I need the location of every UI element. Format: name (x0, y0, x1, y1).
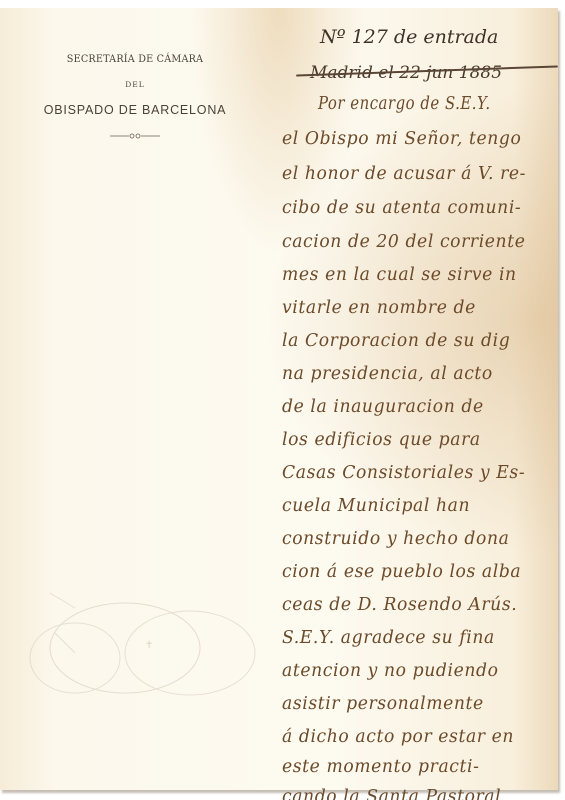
body-line: cacion de 20 del corriente (282, 232, 552, 252)
entry-number: Nº 127 de entrada (320, 26, 565, 48)
body-line: atencion y no pudiendo (282, 661, 552, 681)
body-line: asistir personalmente (282, 694, 552, 714)
body-line: Por encargo de S.E.Y. (318, 94, 552, 114)
svg-text:✝: ✝ (145, 640, 153, 651)
letterhead-del: DEL (20, 80, 250, 89)
body-line: S.E.Y. agradece su fina (282, 628, 552, 648)
letterhead-obispado: OBISPADO DE BARCELONA (20, 103, 250, 117)
body-line: el honor de acusar á V. re- (282, 164, 552, 184)
letterhead-secretaria: SECRETARÍA DE CÁMARA (29, 53, 241, 65)
body-line: construido y hecho dona (282, 529, 552, 549)
body-line: cuela Municipal han (282, 496, 552, 516)
body-line: ceas de D. Rosendo Arús. (282, 595, 552, 615)
body-line: Casas Consistoriales y Es- (282, 463, 552, 483)
faint-seal-stamp-icon: ✝ (15, 578, 265, 708)
body-line: mes en la cual se sirve in (282, 265, 552, 285)
body-line: cando la Santa Pastoral (282, 787, 552, 800)
body-line: la Corporacion de su dig (282, 331, 552, 351)
ornament-rule-icon (110, 131, 160, 141)
body-line: cibo de su atenta comuni- (282, 198, 552, 218)
body-line: los edificios que para (282, 430, 552, 450)
body-line: na presidencia, al acto (282, 364, 552, 384)
letter-page: SECRETARÍA DE CÁMARA DEL OBISPADO DE BAR… (0, 8, 558, 790)
body-line: cion á ese pueblo los alba (282, 562, 552, 582)
body-line: vitarle en nombre de (282, 298, 552, 318)
body-line: á dicho acto por estar en (282, 727, 552, 747)
body-line: de la inauguracion de (282, 397, 552, 417)
body-line: este momento practi- (282, 757, 552, 777)
body-line: el Obispo mi Señor, tengo (282, 129, 552, 149)
